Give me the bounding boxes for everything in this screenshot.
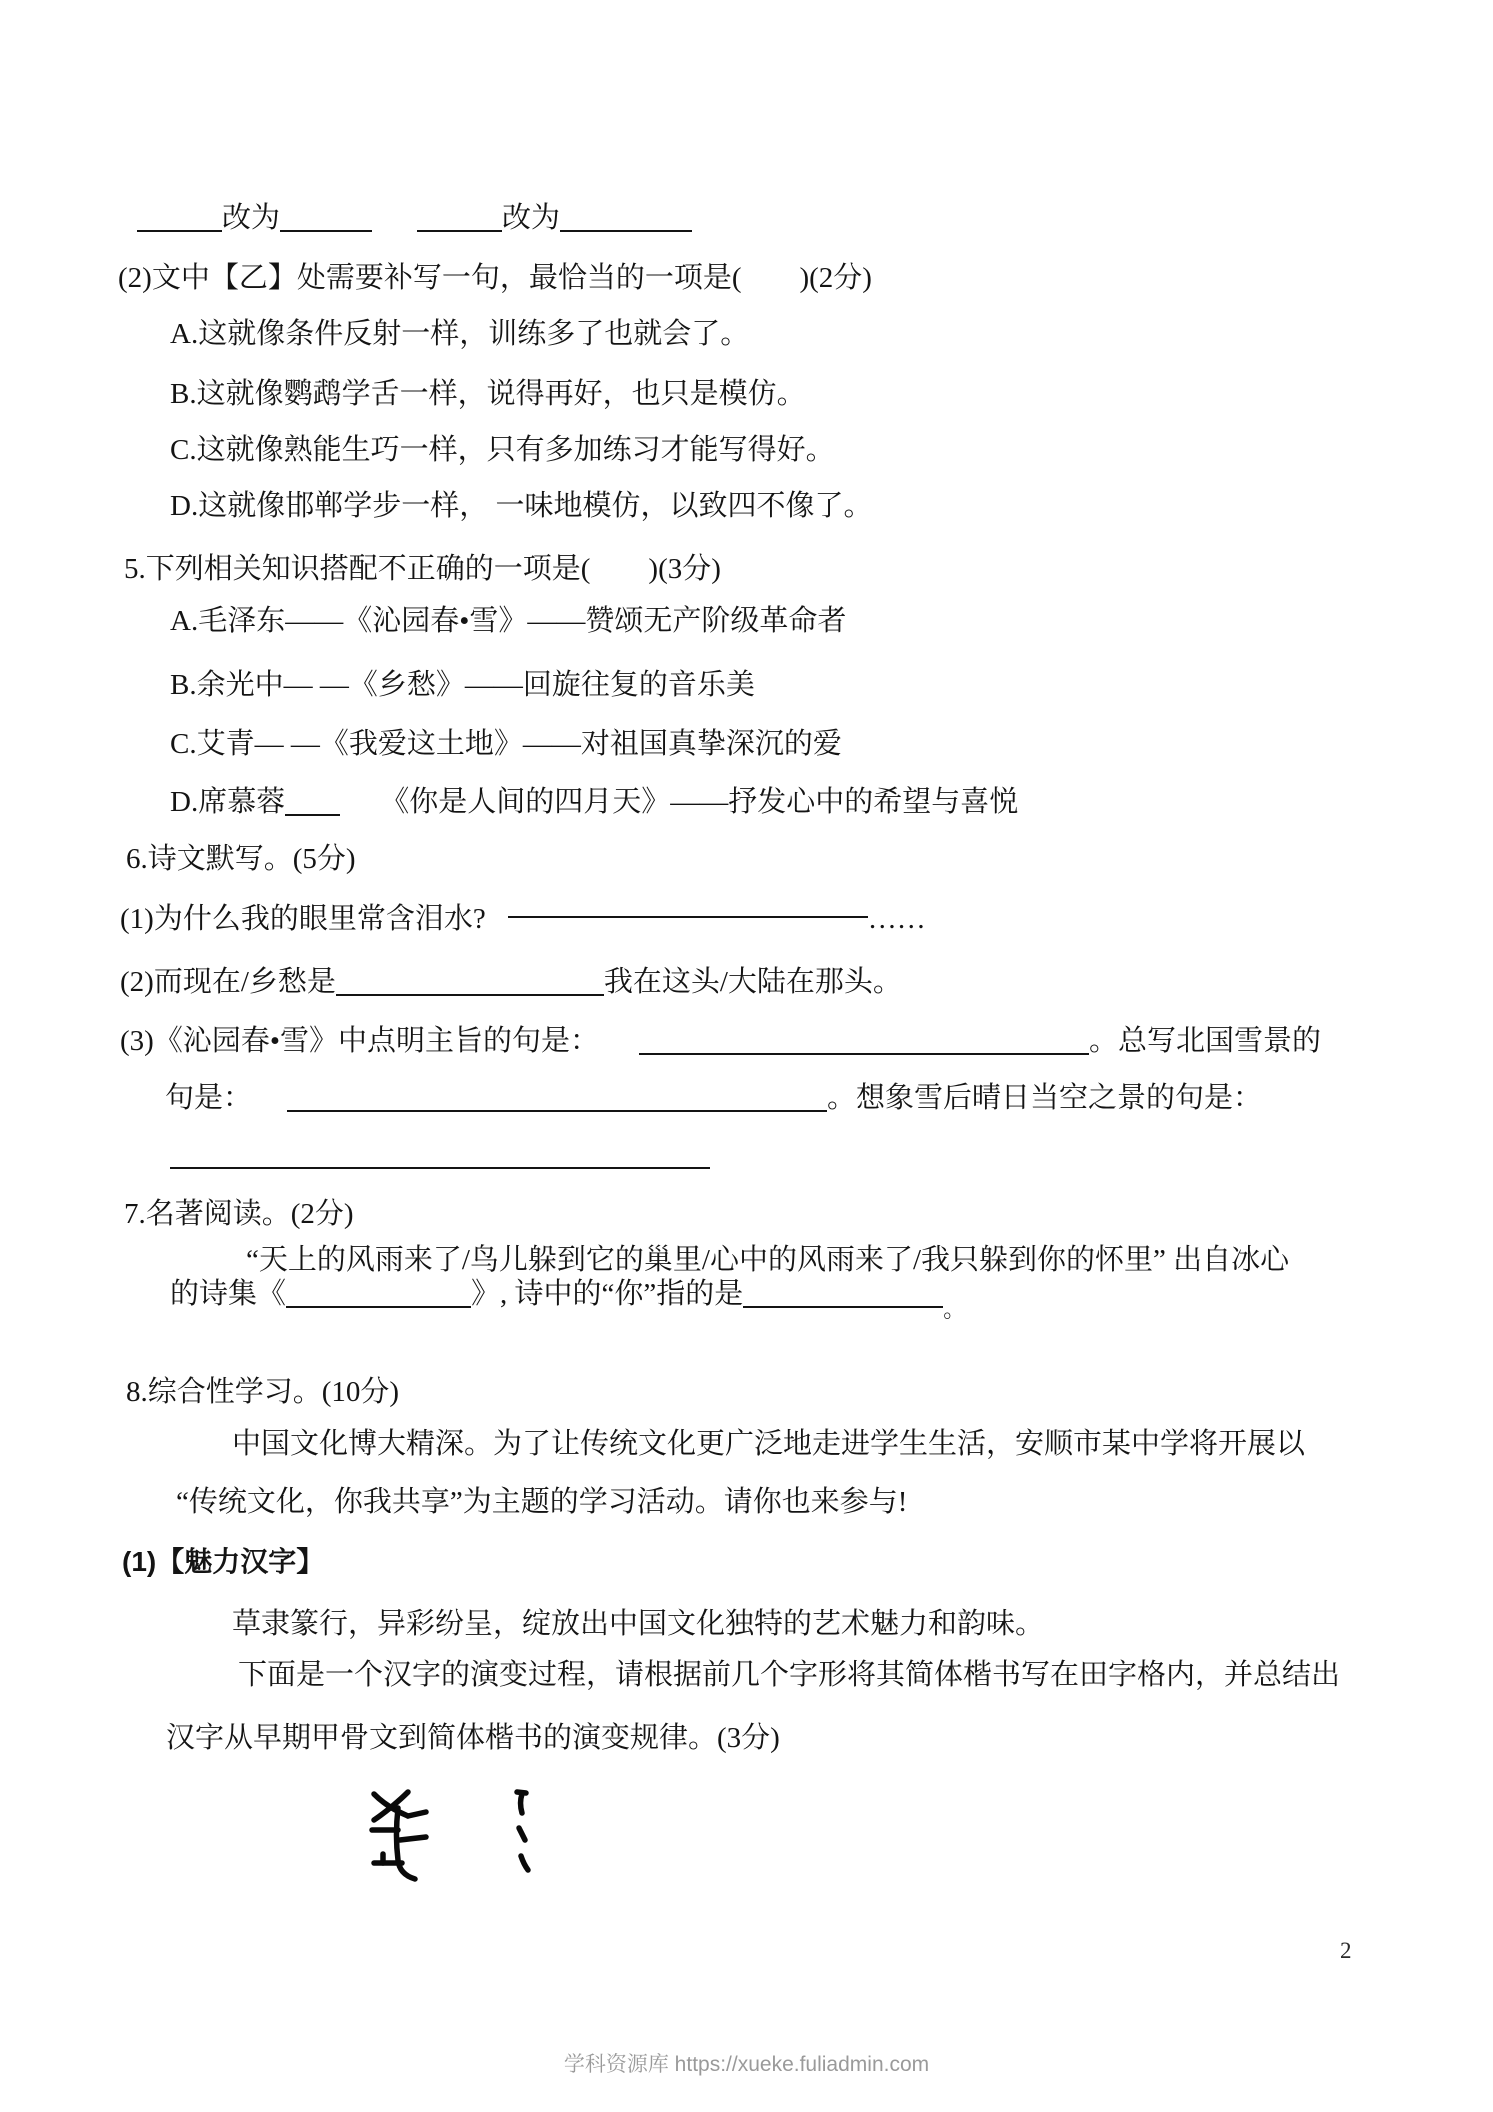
q5-option-b: B.余光中— —《乡愁》——回旋往复的音乐美 xyxy=(170,665,755,705)
q8-part1-line3: 汉字从早期甲骨文到简体楷书的演变规律。(3分) xyxy=(166,1718,780,1758)
q6-item2-pre: (2)而现在/乡愁是 xyxy=(120,966,336,998)
blank-underline xyxy=(285,784,340,816)
q6-item3-line3 xyxy=(170,1135,710,1175)
q6-item3-pre: (3)《沁园春•雪》中点明主旨的句是： xyxy=(120,1025,599,1057)
q7-line2-mid: 》, 诗中的“你”指的是 xyxy=(471,1278,743,1310)
q5-option-a: A.毛泽东——《沁园春•雪》——赞颂无产阶级革命者 xyxy=(170,601,846,641)
blank-underline xyxy=(743,1276,943,1308)
q8-part1-title: (1)【魅力汉字】 xyxy=(122,1542,324,1582)
q5-option-d: D.席慕蓉《你是人间的四月天》——抒发心中的希望与喜悦 xyxy=(170,782,1018,822)
q6-item2: (2)而现在/乡愁是我在这头/大陆在那头。 xyxy=(120,962,902,1002)
q7-line2: 的诗集《》, 诗中的“你”指的是。 xyxy=(170,1276,965,1314)
q6-item3-line1: (3)《沁园春•雪》中点明主旨的句是：。总写北国雪景的 xyxy=(120,1021,1321,1061)
q6-item3-mid: 。总写北国雪景的 xyxy=(1089,1025,1321,1057)
q5-option-d-rest: 《你是人间的四月天》——抒发心中的希望与喜悦 xyxy=(380,786,1018,818)
oracle-script-image xyxy=(362,1786,552,1890)
q6-stem: 6.诗文默写。(5分) xyxy=(126,839,356,879)
blank-underline xyxy=(639,1023,1089,1055)
q4-option-c: C.这就像熟能生巧一样，只有多加练习才能写得好。 xyxy=(170,430,835,470)
q6-item1-text: (1)为什么我的眼里常含泪水? xyxy=(120,903,486,935)
q8-stem: 8.综合性学习。(10分) xyxy=(126,1372,399,1412)
q5-option-c: C.艾青— —《我爱这土地》——对祖国真挚深沉的爱 xyxy=(170,724,842,764)
blank-underline xyxy=(417,200,502,232)
exam-page: 改为改为 (2)文中【乙】处需要补写一句，最恰当的一项是( )(2分) A.这就… xyxy=(0,0,1493,2112)
q6-item2-post: 我在这头/大陆在那头。 xyxy=(604,966,902,998)
blank-underline xyxy=(170,1137,710,1169)
footer-watermark: 学科资源库 https://xueke.fuliadmin.com xyxy=(0,2048,1493,2078)
blank-underline xyxy=(560,200,692,232)
q7-stem: 7.名著阅读。(2分) xyxy=(124,1194,354,1234)
q6-item3-line2-pre: 句是： xyxy=(165,1082,252,1114)
q6-item3-line2-post: 。想象雪后晴日当空之景的句是： xyxy=(827,1082,1262,1114)
q4-option-b: B.这就像鹦鹉学舌一样，说得再好，也只是模仿。 xyxy=(170,374,806,414)
blank-underline xyxy=(280,200,372,232)
rewrite-label: 改为 xyxy=(222,202,280,234)
q5-stem: 5.下列相关知识搭配不正确的一项是( )(3分) xyxy=(124,549,721,589)
q6-item1: (1)为什么我的眼里常含泪水?…… xyxy=(120,899,926,939)
q8-intro-line1: 中国文化博大精深。为了让传统文化更广泛地走进学生生活，安顺市某中学将开展以 xyxy=(232,1424,1305,1464)
q4-rewrite-blanks-row: 改为改为 xyxy=(137,198,692,238)
q7-line2-period: 。 xyxy=(943,1297,965,1322)
q7-line2-pre: 的诗集《 xyxy=(170,1278,286,1310)
q7-quote-line: “天上的风雨来了/鸟儿躲到它的巢里/心中的风雨来了/我只躲到你的怀里” 出自冰心 xyxy=(246,1242,1289,1278)
q4-option-d: D.这就像邯郸学步一样， 一味地模仿，以致四不像了。 xyxy=(170,486,872,526)
blank-underline xyxy=(286,1276,471,1308)
q8-part1-line1: 草隶篆行，异彩纷呈，绽放出中国文化独特的艺术魅力和韵味。 xyxy=(232,1604,1044,1644)
blank-underline xyxy=(287,1080,827,1112)
q6-item3-line2: 句是：。想象雪后晴日当空之景的句是： xyxy=(165,1078,1262,1118)
page-number: 2 xyxy=(1340,1938,1352,1964)
q8-part1-line2: 下面是一个汉字的演变过程，请根据前几个字形将其简体楷书写在田字格内，并总结出 xyxy=(238,1655,1340,1695)
q6-item1-ellipsis: …… xyxy=(868,903,926,935)
q4-option-a: A.这就像条件反射一样，训练多了也就会了。 xyxy=(170,314,749,354)
blank-underline xyxy=(336,964,604,996)
q8-intro-line2: “传统文化，你我共享”为主题的学习活动。请你也来参与! xyxy=(176,1482,907,1522)
blank-underline xyxy=(137,200,222,232)
q4-part2-stem: (2)文中【乙】处需要补写一句，最恰当的一项是( )(2分) xyxy=(118,258,872,298)
q5-option-d-name: D.席慕蓉 xyxy=(170,786,285,818)
dash-rule-blank xyxy=(508,916,868,920)
rewrite-label: 改为 xyxy=(502,202,560,234)
